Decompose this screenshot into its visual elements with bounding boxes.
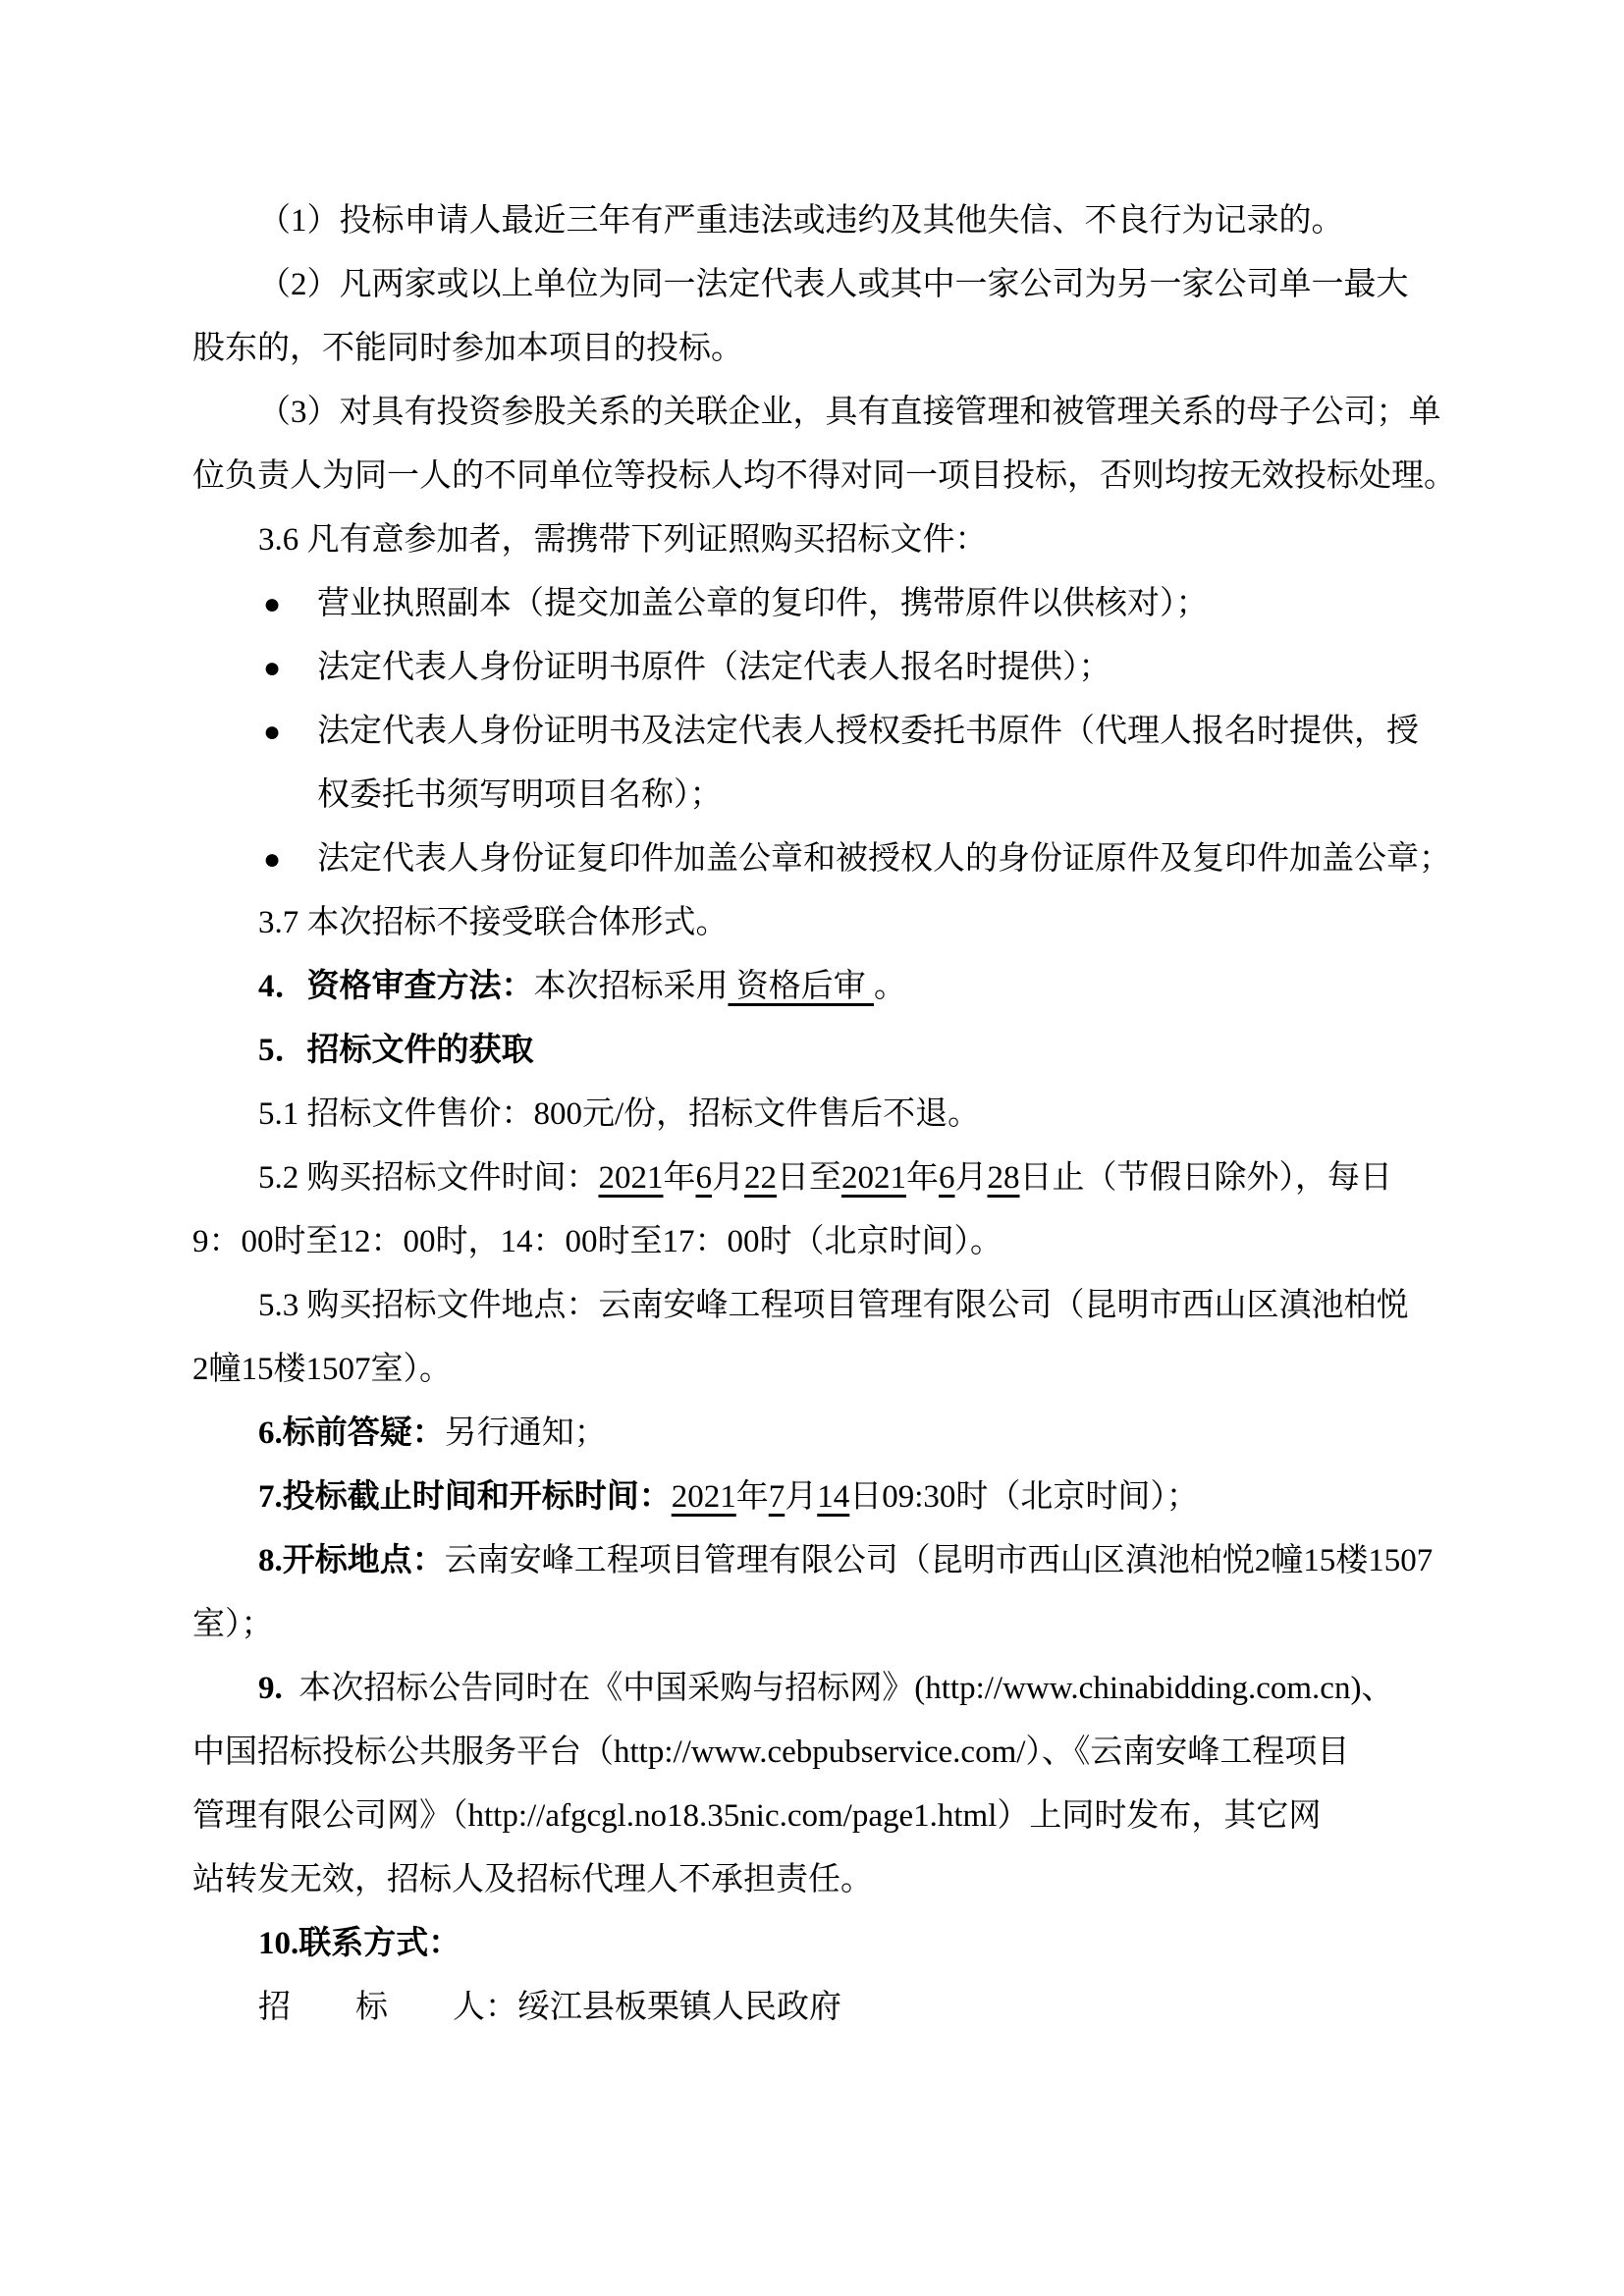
text-segment: 法定代表人身份证明书原件（法定代表人报名时提供）； [317, 650, 1111, 685]
underlined-fill-in-value: 资格后审 [729, 969, 875, 1004]
text-segment: 月 [955, 1160, 988, 1196]
text-line: 2幢15楼1507室）。 [192, 1338, 1457, 1402]
text-line: 5.1 招标文件售价：800元/份，招标文件售后不退。 [192, 1083, 1457, 1147]
text-line: 中国招标投标公共服务平台（http://www.cebpubservice.co… [192, 1721, 1457, 1785]
text-line: （2）凡两家或以上单位为同一法定代表人或其中一家公司为另一家公司单一最大 [192, 253, 1457, 317]
section-label: 5．招标文件的获取 [258, 1033, 534, 1068]
underlined-fill-in-value: 2021 [599, 1160, 664, 1196]
text-segment: 云南安峰工程项目管理有限公司（昆明市西山区滇池柏悦2幢15楼1507 [445, 1543, 1434, 1578]
text-line: 9. 本次招标公告同时在《中国采购与招标网》(http://www.chinab… [192, 1657, 1457, 1721]
text-segment: 中国招标投标公共服务平台（http://www.cebpubservice.co… [192, 1735, 1349, 1770]
text-segment: 5.1 招标文件售价：800元/份，招标文件售后不退。 [258, 1096, 980, 1132]
underlined-fill-in-value: 2021 [672, 1479, 736, 1515]
text-line: 4．资格审查方法：本次招标采用 资格后审 。 [192, 955, 1457, 1019]
text-segment: 年 [736, 1479, 769, 1515]
text-segment: （1）投标申请人最近三年有严重违法或违约及其他失信、不良行为记录的。 [258, 203, 1344, 239]
text-line: （1）投标申请人最近三年有严重违法或违约及其他失信、不良行为记录的。 [192, 189, 1457, 253]
text-segment: 本次招标采用 [534, 969, 729, 1004]
text-segment: 营业执照副本（提交加盖公章的复印件，携带原件以供核对）； [317, 586, 1209, 621]
text-segment: 5.2 购买招标文件时间： [258, 1160, 599, 1196]
text-line: 室）； [192, 1593, 1457, 1657]
text-segment: 3.6 凡有意参加者，需携带下列证照购买招标文件： [258, 522, 988, 558]
text-segment: 管理有限公司网》（http://afgcgl.no18.35nic.com/pa… [192, 1798, 1321, 1834]
section-label: 8.开标地点： [258, 1543, 445, 1578]
text-segment: 2幢15楼1507室）。 [192, 1352, 452, 1387]
bullet-icon: ● [263, 636, 317, 700]
text-segment: 室）； [192, 1607, 274, 1642]
text-line: 5.2 购买招标文件时间：2021年6月22日至2021年6月28日止（节假日除… [192, 1147, 1457, 1210]
text-line: 管理有限公司网》（http://afgcgl.no18.35nic.com/pa… [192, 1785, 1457, 1848]
text-segment: 3.7 本次招标不接受联合体形式。 [258, 905, 729, 940]
text-segment: 年 [664, 1160, 696, 1196]
document-body: （1）投标申请人最近三年有严重违法或违约及其他失信、不良行为记录的。（2）凡两家… [192, 189, 1457, 2040]
section-label: 6.标前答疑： [258, 1415, 445, 1451]
text-segment: （3）对具有投资参股关系的关联企业，具有直接管理和被管理关系的母子公司；单 [258, 395, 1441, 430]
text-segment: 股东的，不能同时参加本项目的投标。 [192, 331, 743, 366]
text-line: 8.开标地点：云南安峰工程项目管理有限公司（昆明市西山区滇池柏悦2幢15楼150… [192, 1529, 1457, 1593]
text-line: 权委托书须写明项目名称）； [192, 764, 1457, 828]
text-line: 股东的，不能同时参加本项目的投标。 [192, 317, 1457, 381]
bullet-icon: ● [263, 828, 317, 891]
text-segment: 站转发无效，招标人及招标代理人不承担责任。 [192, 1862, 873, 1897]
text-segment: 日09:30时（北京时间）； [849, 1479, 1199, 1515]
text-line: 3.6 凡有意参加者，需携带下列证照购买招标文件： [192, 508, 1457, 572]
section-label: 7.投标截止时间和开标时间： [258, 1479, 672, 1515]
text-line: 5．招标文件的获取 [192, 1019, 1457, 1083]
section-label: 9. [258, 1671, 283, 1706]
text-line: 站转发无效，招标人及招标代理人不承担责任。 [192, 1848, 1457, 1912]
text-line: ●营业执照副本（提交加盖公章的复印件，携带原件以供核对）； [192, 572, 1457, 636]
text-segment: 月 [785, 1479, 817, 1515]
text-segment: 位负责人为同一人的不同单位等投标人均不得对同一项目投标，否则均按无效投标处理。 [192, 458, 1456, 494]
text-line: ●法定代表人身份证明书及法定代表人授权委托书原件（代理人报名时提供，授 [192, 700, 1457, 764]
text-line: 招 标 人：绥江县板栗镇人民政府 [192, 1976, 1457, 2040]
text-line: （3）对具有投资参股关系的关联企业，具有直接管理和被管理关系的母子公司；单 [192, 381, 1457, 445]
underlined-fill-in-value: 6 [939, 1160, 955, 1196]
underlined-fill-in-value: 6 [696, 1160, 713, 1196]
text-line: 7.投标截止时间和开标时间：2021年7月14日09:30时（北京时间）； [192, 1466, 1457, 1529]
text-line: 6.标前答疑：另行通知； [192, 1402, 1457, 1466]
underlined-fill-in-value: 2021 [841, 1160, 906, 1196]
text-segment: 5.3 购买招标文件地点：云南安峰工程项目管理有限公司（昆明市西山区滇池柏悦 [258, 1288, 1409, 1323]
underlined-fill-in-value: 28 [988, 1160, 1020, 1196]
text-segment: 日至 [777, 1160, 841, 1196]
text-segment: 9：00时至12：00时，14：00时至17：00时（北京时间）。 [192, 1224, 1002, 1259]
text-line: 5.3 购买招标文件地点：云南安峰工程项目管理有限公司（昆明市西山区滇池柏悦 [192, 1274, 1457, 1338]
text-line: 10.联系方式： [192, 1912, 1457, 1976]
underlined-fill-in-value: 14 [817, 1479, 849, 1515]
text-line: 3.7 本次招标不接受联合体形式。 [192, 891, 1457, 955]
text-segment: 日止（节假日除外），每日 [1020, 1160, 1393, 1196]
text-segment: 法定代表人身份证复印件加盖公章和被授权人的身份证原件及复印件加盖公章； [317, 841, 1451, 877]
underlined-fill-in-value: 22 [744, 1160, 777, 1196]
text-segment: 年 [906, 1160, 939, 1196]
text-segment: 权委托书须写明项目名称）； [317, 777, 723, 813]
section-label: 4．资格审查方法： [258, 969, 534, 1004]
section-label: 10.联系方式： [258, 1926, 460, 1961]
text-line: ●法定代表人身份证复印件加盖公章和被授权人的身份证原件及复印件加盖公章； [192, 828, 1457, 891]
text-line: 位负责人为同一人的不同单位等投标人均不得对同一项目投标，否则均按无效投标处理。 [192, 445, 1457, 508]
text-segment: 法定代表人身份证明书及法定代表人授权委托书原件（代理人报名时提供，授 [317, 714, 1419, 749]
text-segment: 月 [712, 1160, 744, 1196]
text-segment: （2）凡两家或以上单位为同一法定代表人或其中一家公司为另一家公司单一最大 [258, 267, 1409, 302]
underlined-fill-in-value: 7 [769, 1479, 785, 1515]
document-page: （1）投标申请人最近三年有严重违法或违约及其他失信、不良行为记录的。（2）凡两家… [0, 0, 1624, 2296]
text-line: 9：00时至12：00时，14：00时至17：00时（北京时间）。 [192, 1210, 1457, 1274]
text-line: ●法定代表人身份证明书原件（法定代表人报名时提供）； [192, 636, 1457, 700]
text-segment: 招 标 人：绥江县板栗镇人民政府 [258, 1990, 841, 2025]
bullet-icon: ● [263, 700, 317, 764]
text-segment: 另行通知； [445, 1415, 607, 1451]
text-segment: 。 [874, 969, 906, 1004]
text-segment: 本次招标公告同时在《中国采购与招标网》(http://www.chinabidd… [283, 1671, 1394, 1706]
bullet-icon: ● [263, 572, 317, 636]
